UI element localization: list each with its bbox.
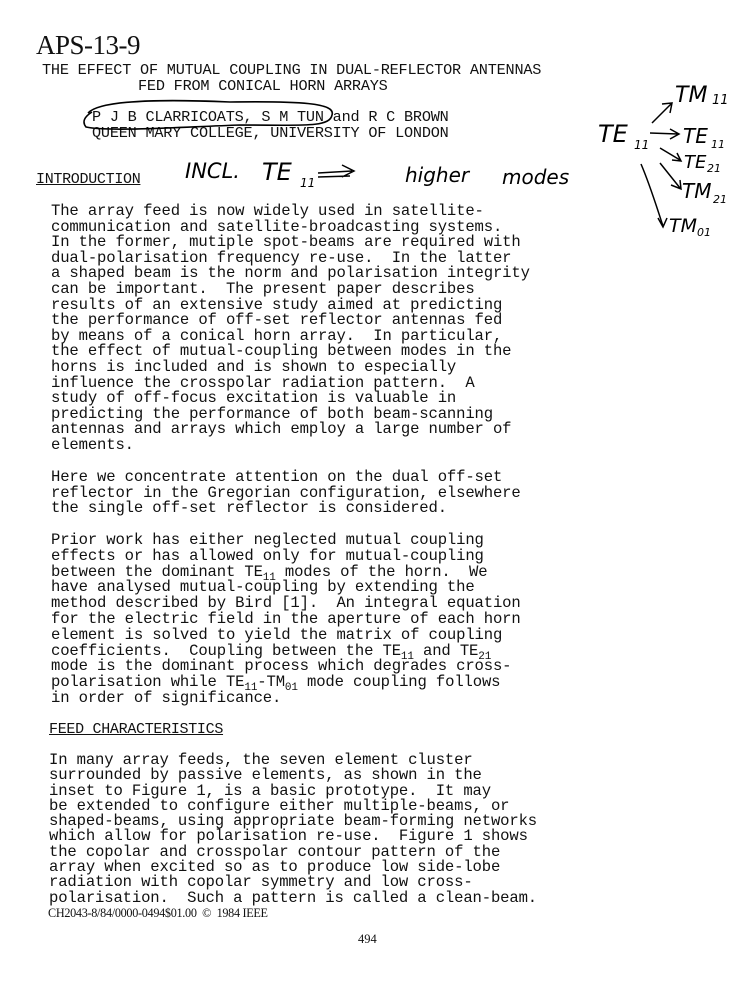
handwritten-note: INCL. — [185, 159, 240, 183]
mode-target-te11: TE — [683, 124, 708, 148]
svg-text:21: 21 — [713, 193, 727, 206]
svg-text:21: 21 — [707, 162, 721, 175]
svg-text:11: 11 — [634, 138, 649, 152]
copyright-footer: CH2043-8/84/0000-0494$01.00 © 1984 IEEE — [48, 906, 268, 921]
svg-text:11: 11 — [711, 138, 725, 151]
section-heading-introduction: INTRODUCTION — [36, 171, 140, 188]
paragraph-feed-1: In many array feeds, the seven element c… — [49, 753, 537, 906]
paragraph-intro-1: The array feed is now widely used in sat… — [51, 204, 530, 454]
section-heading-feed-characteristics: FEED CHARACTERISTICS — [49, 721, 223, 738]
mode-target-tm21: TM — [682, 179, 711, 203]
paper-code: APS-13-9 — [36, 30, 140, 61]
svg-text:11: 11 — [300, 176, 315, 190]
svg-text:01: 01 — [697, 226, 711, 239]
mode-target-tm01: TM — [669, 215, 697, 237]
affiliation: QUEEN MARY COLLEGE, UNIVERSITY OF LONDON — [92, 124, 449, 142]
mode-target-te21: TE — [684, 152, 707, 173]
paragraph-intro-2: Here we concentrate attention on the dua… — [51, 470, 521, 517]
mode-source-te11: TE — [598, 120, 629, 148]
paper-page: APS-13-9 THE EFFECT OF MUTUAL COUPLING I… — [0, 0, 755, 1000]
svg-text:modes: modes — [502, 165, 569, 189]
mode-target-tm11: TM — [675, 83, 707, 108]
page-number: 494 — [358, 932, 377, 947]
paragraph-intro-3: Prior work has either neglected mutual c… — [51, 533, 521, 707]
svg-text:higher: higher — [405, 163, 471, 187]
paper-title-line-2: FED FROM CONICAL HORN ARRAYS — [138, 77, 388, 95]
svg-text:TE: TE — [262, 158, 293, 186]
svg-text:11: 11 — [712, 93, 729, 108]
